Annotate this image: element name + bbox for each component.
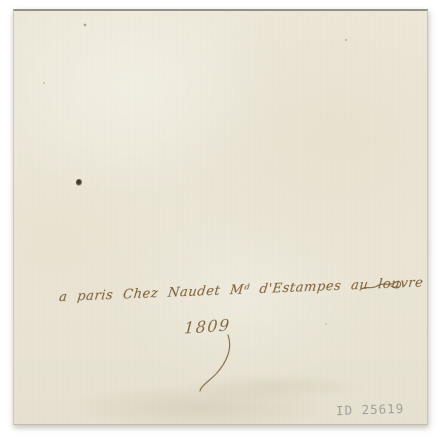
ink-speck (76, 179, 82, 186)
scan-background: a paris Chez Naudet Mᵈ d'Estampes au lou… (0, 0, 440, 440)
handwritten-inscription: a paris Chez Naudet Mᵈ d'Estampes au lou… (59, 272, 399, 305)
inventory-stamp: ID 25619 (336, 401, 405, 418)
paraph-flourish-icon (358, 277, 404, 297)
date-tail-flourish-icon (192, 333, 240, 395)
paper-sheet: a paris Chez Naudet Mᵈ d'Estampes au lou… (13, 9, 428, 425)
